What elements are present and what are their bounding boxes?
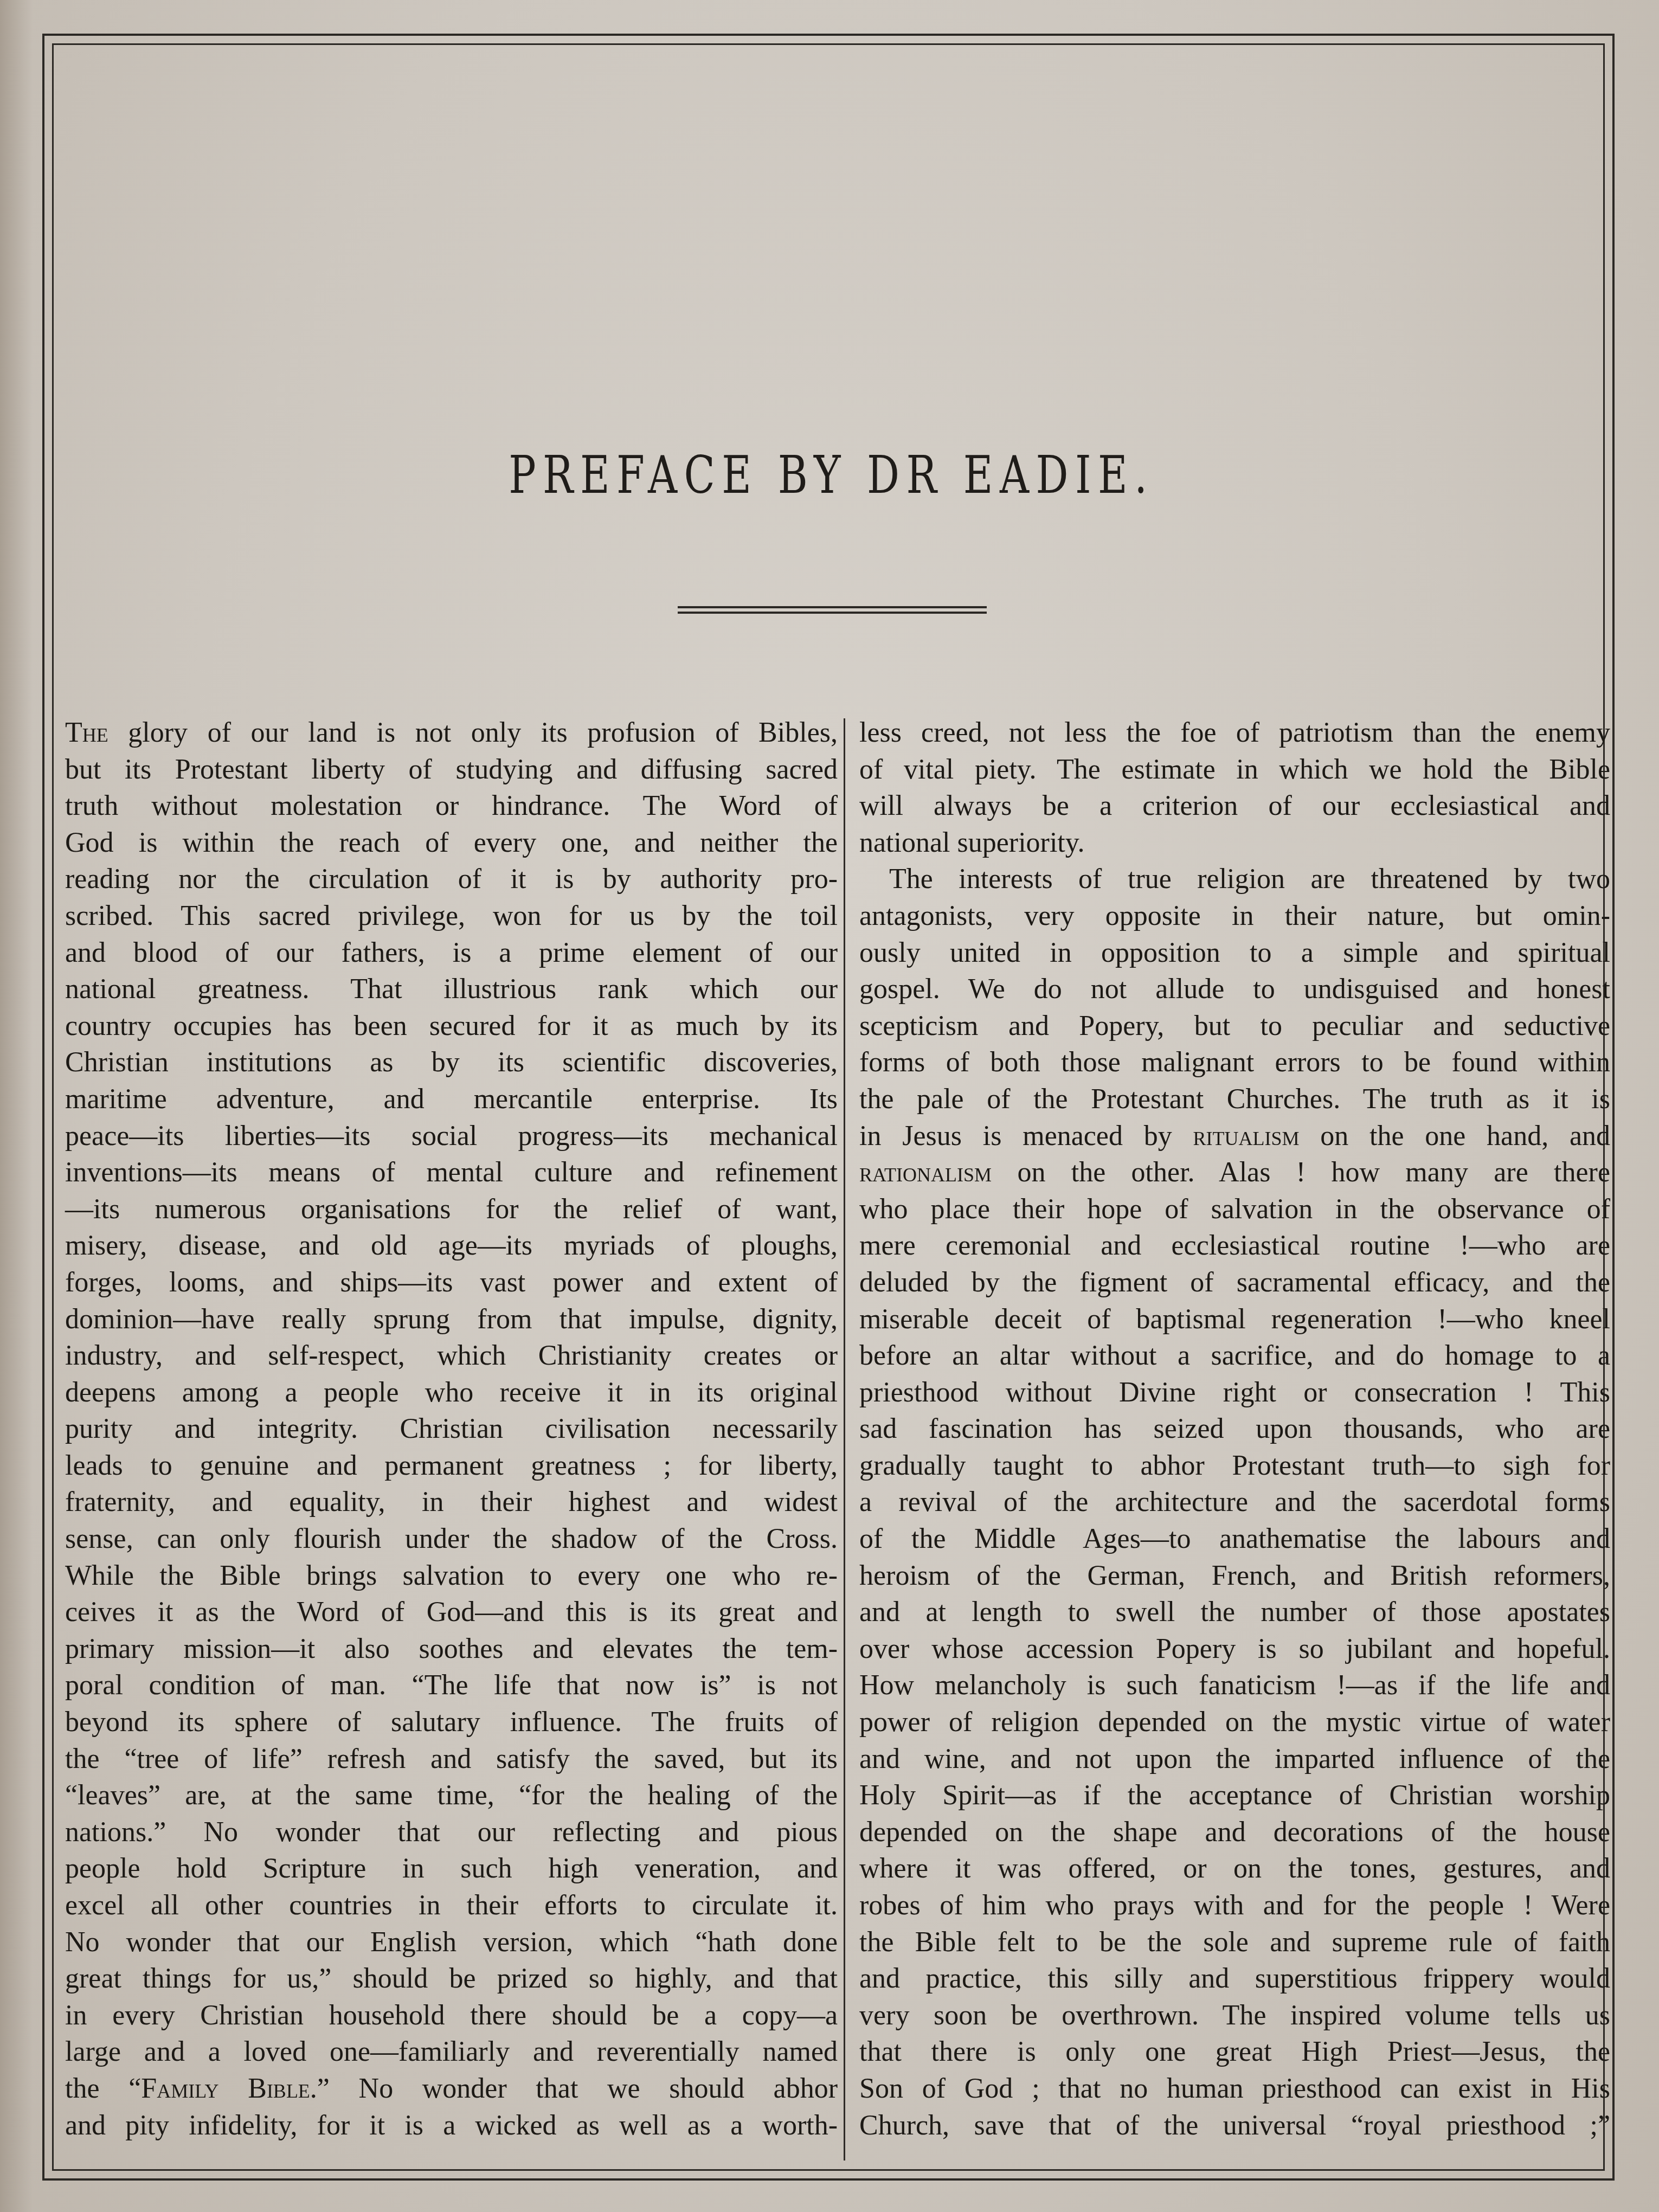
line-text: forges, looms, and ships—its vast power … [65, 1267, 838, 1298]
text-line: scepticism and Popery, but to peculiar a… [859, 1008, 1610, 1045]
spine-shadow [0, 0, 33, 2212]
text-line: and wine, and not upon the imparted infl… [859, 1741, 1610, 1778]
text-line: of the Middle Ages—to anathematise the l… [859, 1521, 1610, 1558]
line-text: national superiority. [859, 827, 1084, 858]
line-text-pre: the “ [65, 2073, 141, 2104]
text-line: less creed, not less the foe of patrioti… [859, 715, 1610, 751]
text-line: excel all other countries in their effor… [65, 1887, 838, 1924]
line-text: country occupies has been secured for it… [65, 1011, 838, 1041]
text-line: maritime adventure, and mercantile enter… [65, 1081, 838, 1118]
line-text: sad fascination has seized upon thousand… [859, 1413, 1610, 1444]
line-text: where it was offered, or on the tones, g… [859, 1853, 1610, 1884]
text-line: deepens among a people who receive it in… [65, 1374, 838, 1411]
text-line: in every Christian household there shoul… [65, 1997, 838, 2034]
text-line: people hold Scripture in such high vener… [65, 1850, 838, 1887]
smallcaps-term: rationalism [859, 1157, 992, 1188]
line-text: ceives it as the Word of God—and this is… [65, 1597, 838, 1628]
line-text: scribed. This sacred privilege, won for … [65, 901, 838, 931]
line-text: will always be a criterion of our eccles… [859, 790, 1610, 821]
line-text: Church, save that of the universal “roya… [859, 2110, 1610, 2141]
text-line: in Jesus is menaced by ritualism on the … [859, 1118, 1610, 1155]
text-line: miserable deceit of baptismal regenerati… [859, 1301, 1610, 1338]
line-text: the Bible felt to be the sole and suprem… [859, 1927, 1610, 1958]
line-text: glory of our land is not only its profus… [108, 717, 838, 748]
text-line: Christian institutions as by its scienti… [65, 1044, 838, 1081]
text-line: the pale of the Protestant Churches. The… [859, 1081, 1610, 1118]
line-text: How melancholy is such fanaticism !—as i… [859, 1670, 1610, 1701]
text-line: and pity infidelity, for it is a wicked … [65, 2107, 838, 2144]
text-line: truth without molestation or hindrance. … [65, 788, 838, 825]
text-line: the Bible felt to be the sole and suprem… [859, 1924, 1610, 1961]
line-text: national greatness. That illustrious ran… [65, 974, 838, 1005]
line-text: but its Protestant liberty of studying a… [65, 754, 838, 785]
line-text: deluded by the figment of sacramental ef… [859, 1267, 1610, 1298]
line-text: gradually taught to abhor Protestant tru… [859, 1450, 1610, 1481]
drop-smallcaps-lead: The [65, 717, 108, 748]
text-line: Church, save that of the universal “roya… [859, 2107, 1610, 2144]
text-line: before an altar without a sacrifice, and… [859, 1338, 1610, 1374]
line-text: of the Middle Ages—to anathematise the l… [859, 1523, 1610, 1554]
text-line: and blood of our fathers, is a prime ele… [65, 935, 838, 972]
text-line: depended on the shape and decorations of… [859, 1814, 1610, 1851]
text-line: of vital piety. The estimate in which we… [859, 751, 1610, 788]
line-text: antagonists, very opposite in their natu… [859, 901, 1610, 931]
line-text: poral condition of man. “The life that n… [65, 1670, 838, 1701]
text-line: and practice, this silly and superstitio… [859, 1960, 1610, 1997]
line-text: and wine, and not upon the imparted infl… [859, 1744, 1610, 1774]
line-text: misery, disease, and old age—its myriads… [65, 1230, 838, 1261]
text-line: mere ceremonial and ecclesiastical routi… [859, 1227, 1610, 1264]
text-line: forms of both those malignant errors to … [859, 1044, 1610, 1081]
text-line: robes of him who prays with and for the … [859, 1887, 1610, 1924]
line-text: in every Christian household there shoul… [65, 2000, 838, 2031]
line-text: —its numerous organisations for the reli… [65, 1194, 838, 1225]
text-line: will always be a criterion of our eccles… [859, 788, 1610, 825]
text-line: poral condition of man. “The life that n… [65, 1667, 838, 1704]
line-text: ” No wonder that we should abhor [317, 2073, 838, 2104]
page-title: PREFACE BY DR EADIE. [184, 445, 1478, 505]
text-column-left: The glory of our land is not only its pr… [65, 715, 838, 2144]
line-text: the “tree of life” refresh and satisfy t… [65, 1744, 838, 1774]
text-line: sad fascination has seized upon thousand… [859, 1411, 1610, 1448]
text-line: The interests of true religion are threa… [859, 861, 1610, 898]
text-line: ously united in opposition to a simple a… [859, 935, 1610, 972]
text-line: peace—its liberties—its social progress—… [65, 1118, 838, 1155]
line-text: over whose accession Popery is so jubila… [859, 1634, 1610, 1664]
text-line: No wonder that our English version, whic… [65, 1924, 838, 1961]
text-line: very soon be overthrown. The inspired vo… [859, 1997, 1610, 2034]
line-text: purity and integrity. Christian civilisa… [65, 1413, 838, 1444]
line-text: God is within the reach of every one, an… [65, 827, 838, 858]
text-line: over whose accession Popery is so jubila… [859, 1631, 1610, 1668]
line-text: excel all other countries in their effor… [65, 1890, 838, 1921]
text-line: priesthood without Divine right or conse… [859, 1374, 1610, 1411]
text-line: primary mission—it also soothes and elev… [65, 1631, 838, 1668]
text-line: fraternity, and equality, in their highe… [65, 1484, 838, 1521]
text-line: but its Protestant liberty of studying a… [65, 751, 838, 788]
text-line: gospel. We do not allude to undisguised … [859, 971, 1610, 1008]
line-text-pre: in Jesus is menaced by [859, 1121, 1193, 1152]
line-text: heroism of the German, French, and Briti… [859, 1560, 1610, 1591]
line-text: and practice, this silly and superstitio… [859, 1963, 1610, 1994]
line-text: the pale of the Protestant Churches. The… [859, 1084, 1610, 1115]
text-line: God is within the reach of every one, an… [65, 825, 838, 861]
text-line: great things for us,” should be prized s… [65, 1960, 838, 1997]
line-text: great things for us,” should be prized s… [65, 1963, 838, 1994]
line-text: depended on the shape and decorations of… [859, 1817, 1610, 1848]
line-text: power of religion depended on the mystic… [859, 1707, 1610, 1738]
text-line: gradually taught to abhor Protestant tru… [859, 1448, 1610, 1484]
text-line: a revival of the architecture and the sa… [859, 1484, 1610, 1521]
text-line: industry, and self-respect, which Christ… [65, 1338, 838, 1374]
text-column-right: less creed, not less the foe of patrioti… [859, 715, 1610, 2144]
text-line: who place their hope of salvation in the… [859, 1191, 1610, 1228]
line-text: scepticism and Popery, but to peculiar a… [859, 1011, 1610, 1041]
line-text: gospel. We do not allude to undisguised … [859, 974, 1610, 1005]
line-text: No wonder that our English version, whic… [65, 1927, 838, 1958]
text-line: large and a loved one—familiarly and rev… [65, 2034, 838, 2070]
text-line: that there is only one great High Priest… [859, 2034, 1610, 2070]
text-line: sense, can only flourish under the shado… [65, 1521, 838, 1558]
line-text: less creed, not less the foe of patrioti… [859, 717, 1610, 748]
line-text: Son of God ; that no human priesthood ca… [859, 2073, 1610, 2104]
line-text: primary mission—it also soothes and elev… [65, 1634, 838, 1664]
line-text: Christian institutions as by its scienti… [65, 1047, 838, 1078]
text-line: ceives it as the Word of God—and this is… [65, 1594, 838, 1631]
text-line: —its numerous organisations for the reli… [65, 1191, 838, 1228]
line-text: leads to genuine and permanent greatness… [65, 1450, 838, 1481]
line-text: and blood of our fathers, is a prime ele… [65, 937, 838, 968]
line-text: large and a loved one—familiarly and rev… [65, 2036, 838, 2067]
text-line: scribed. This sacred privilege, won for … [65, 898, 838, 935]
line-text: maritime adventure, and mercantile enter… [65, 1084, 838, 1115]
line-text: industry, and self-respect, which Christ… [65, 1340, 838, 1371]
text-line: beyond its sphere of salutary influence.… [65, 1704, 838, 1741]
line-text: on the other. Alas ! how many are there [992, 1157, 1610, 1188]
line-text: on the one hand, and [1299, 1121, 1610, 1152]
line-text: mere ceremonial and ecclesiastical routi… [859, 1230, 1610, 1261]
line-text: sense, can only flourish under the shado… [65, 1523, 838, 1554]
line-text: that there is only one great High Priest… [859, 2036, 1610, 2067]
line-text: “leaves” are, at the same time, “for the… [65, 1780, 838, 1811]
smallcaps-term: ritualism [1193, 1121, 1299, 1152]
text-line: Son of God ; that no human priesthood ca… [859, 2070, 1610, 2107]
line-text: dominion—have really sprung from that im… [65, 1304, 838, 1335]
line-text: very soon be overthrown. The inspired vo… [859, 2000, 1610, 2031]
line-text: and at length to swell the number of tho… [859, 1597, 1610, 1628]
book-page: PREFACE BY DR EADIE. The glory of our la… [0, 0, 1659, 2212]
line-text: robes of him who prays with and for the … [859, 1890, 1610, 1921]
column-divider [844, 718, 845, 2160]
text-line: How melancholy is such fanaticism !—as i… [859, 1667, 1610, 1704]
text-line: national greatness. That illustrious ran… [65, 971, 838, 1008]
text-line: misery, disease, and old age—its myriads… [65, 1227, 838, 1264]
text-line: leads to genuine and permanent greatness… [65, 1448, 838, 1484]
text-line: While the Bible brings salvation to ever… [65, 1558, 838, 1594]
line-text: people hold Scripture in such high vener… [65, 1853, 838, 1884]
text-line: national superiority. [859, 825, 1610, 861]
text-line: deluded by the figment of sacramental ef… [859, 1264, 1610, 1301]
line-text: priesthood without Divine right or conse… [859, 1377, 1610, 1408]
text-line: “leaves” are, at the same time, “for the… [65, 1777, 838, 1814]
text-line: the “Family Bible.” No wonder that we sh… [65, 2070, 838, 2107]
text-line: forges, looms, and ships—its vast power … [65, 1264, 838, 1301]
text-line: nations.” No wonder that our reflecting … [65, 1814, 838, 1851]
text-line: heroism of the German, French, and Briti… [859, 1558, 1610, 1594]
text-line: power of religion depended on the mystic… [859, 1704, 1610, 1741]
line-text: miserable deceit of baptismal regenerati… [859, 1304, 1610, 1335]
line-text: reading nor the circulation of it is by … [65, 864, 838, 895]
text-line: and at length to swell the number of tho… [859, 1594, 1610, 1631]
line-text: nations.” No wonder that our reflecting … [65, 1817, 838, 1848]
text-line: the “tree of life” refresh and satisfy t… [65, 1741, 838, 1778]
line-text: a revival of the architecture and the sa… [859, 1487, 1610, 1517]
line-text: ously united in opposition to a simple a… [859, 937, 1610, 968]
smallcaps-term: Family Bible. [141, 2073, 317, 2104]
line-text: forms of both those malignant errors to … [859, 1047, 1610, 1078]
text-line: dominion—have really sprung from that im… [65, 1301, 838, 1338]
line-text: fraternity, and equality, in their highe… [65, 1487, 838, 1517]
text-line: where it was offered, or on the tones, g… [859, 1850, 1610, 1887]
line-text: before an altar without a sacrifice, and… [859, 1340, 1610, 1371]
text-line: antagonists, very opposite in their natu… [859, 898, 1610, 935]
line-text: The interests of true religion are threa… [889, 864, 1610, 895]
line-text: deepens among a people who receive it in… [65, 1377, 838, 1408]
line-text: of vital piety. The estimate in which we… [859, 754, 1610, 785]
line-text: and pity infidelity, for it is a wicked … [65, 2110, 838, 2141]
text-line: rationalism on the other. Alas ! how man… [859, 1154, 1610, 1191]
text-line: Holy Spirit—as if the acceptance of Chri… [859, 1777, 1610, 1814]
line-text: truth without molestation or hindrance. … [65, 790, 838, 821]
line-text: peace—its liberties—its social progress—… [65, 1121, 838, 1152]
text-line: The glory of our land is not only its pr… [65, 715, 838, 751]
line-text: inventions—its means of mental culture a… [65, 1157, 838, 1188]
text-line: purity and integrity. Christian civilisa… [65, 1411, 838, 1448]
text-line: inventions—its means of mental culture a… [65, 1154, 838, 1191]
line-text: who place their hope of salvation in the… [859, 1194, 1610, 1225]
text-line: reading nor the circulation of it is by … [65, 861, 838, 898]
title-double-rule [678, 606, 987, 614]
line-text: Holy Spirit—as if the acceptance of Chri… [859, 1780, 1610, 1811]
text-line: country occupies has been secured for it… [65, 1008, 838, 1045]
line-text: While the Bible brings salvation to ever… [65, 1560, 838, 1591]
line-text: beyond its sphere of salutary influence.… [65, 1707, 838, 1738]
